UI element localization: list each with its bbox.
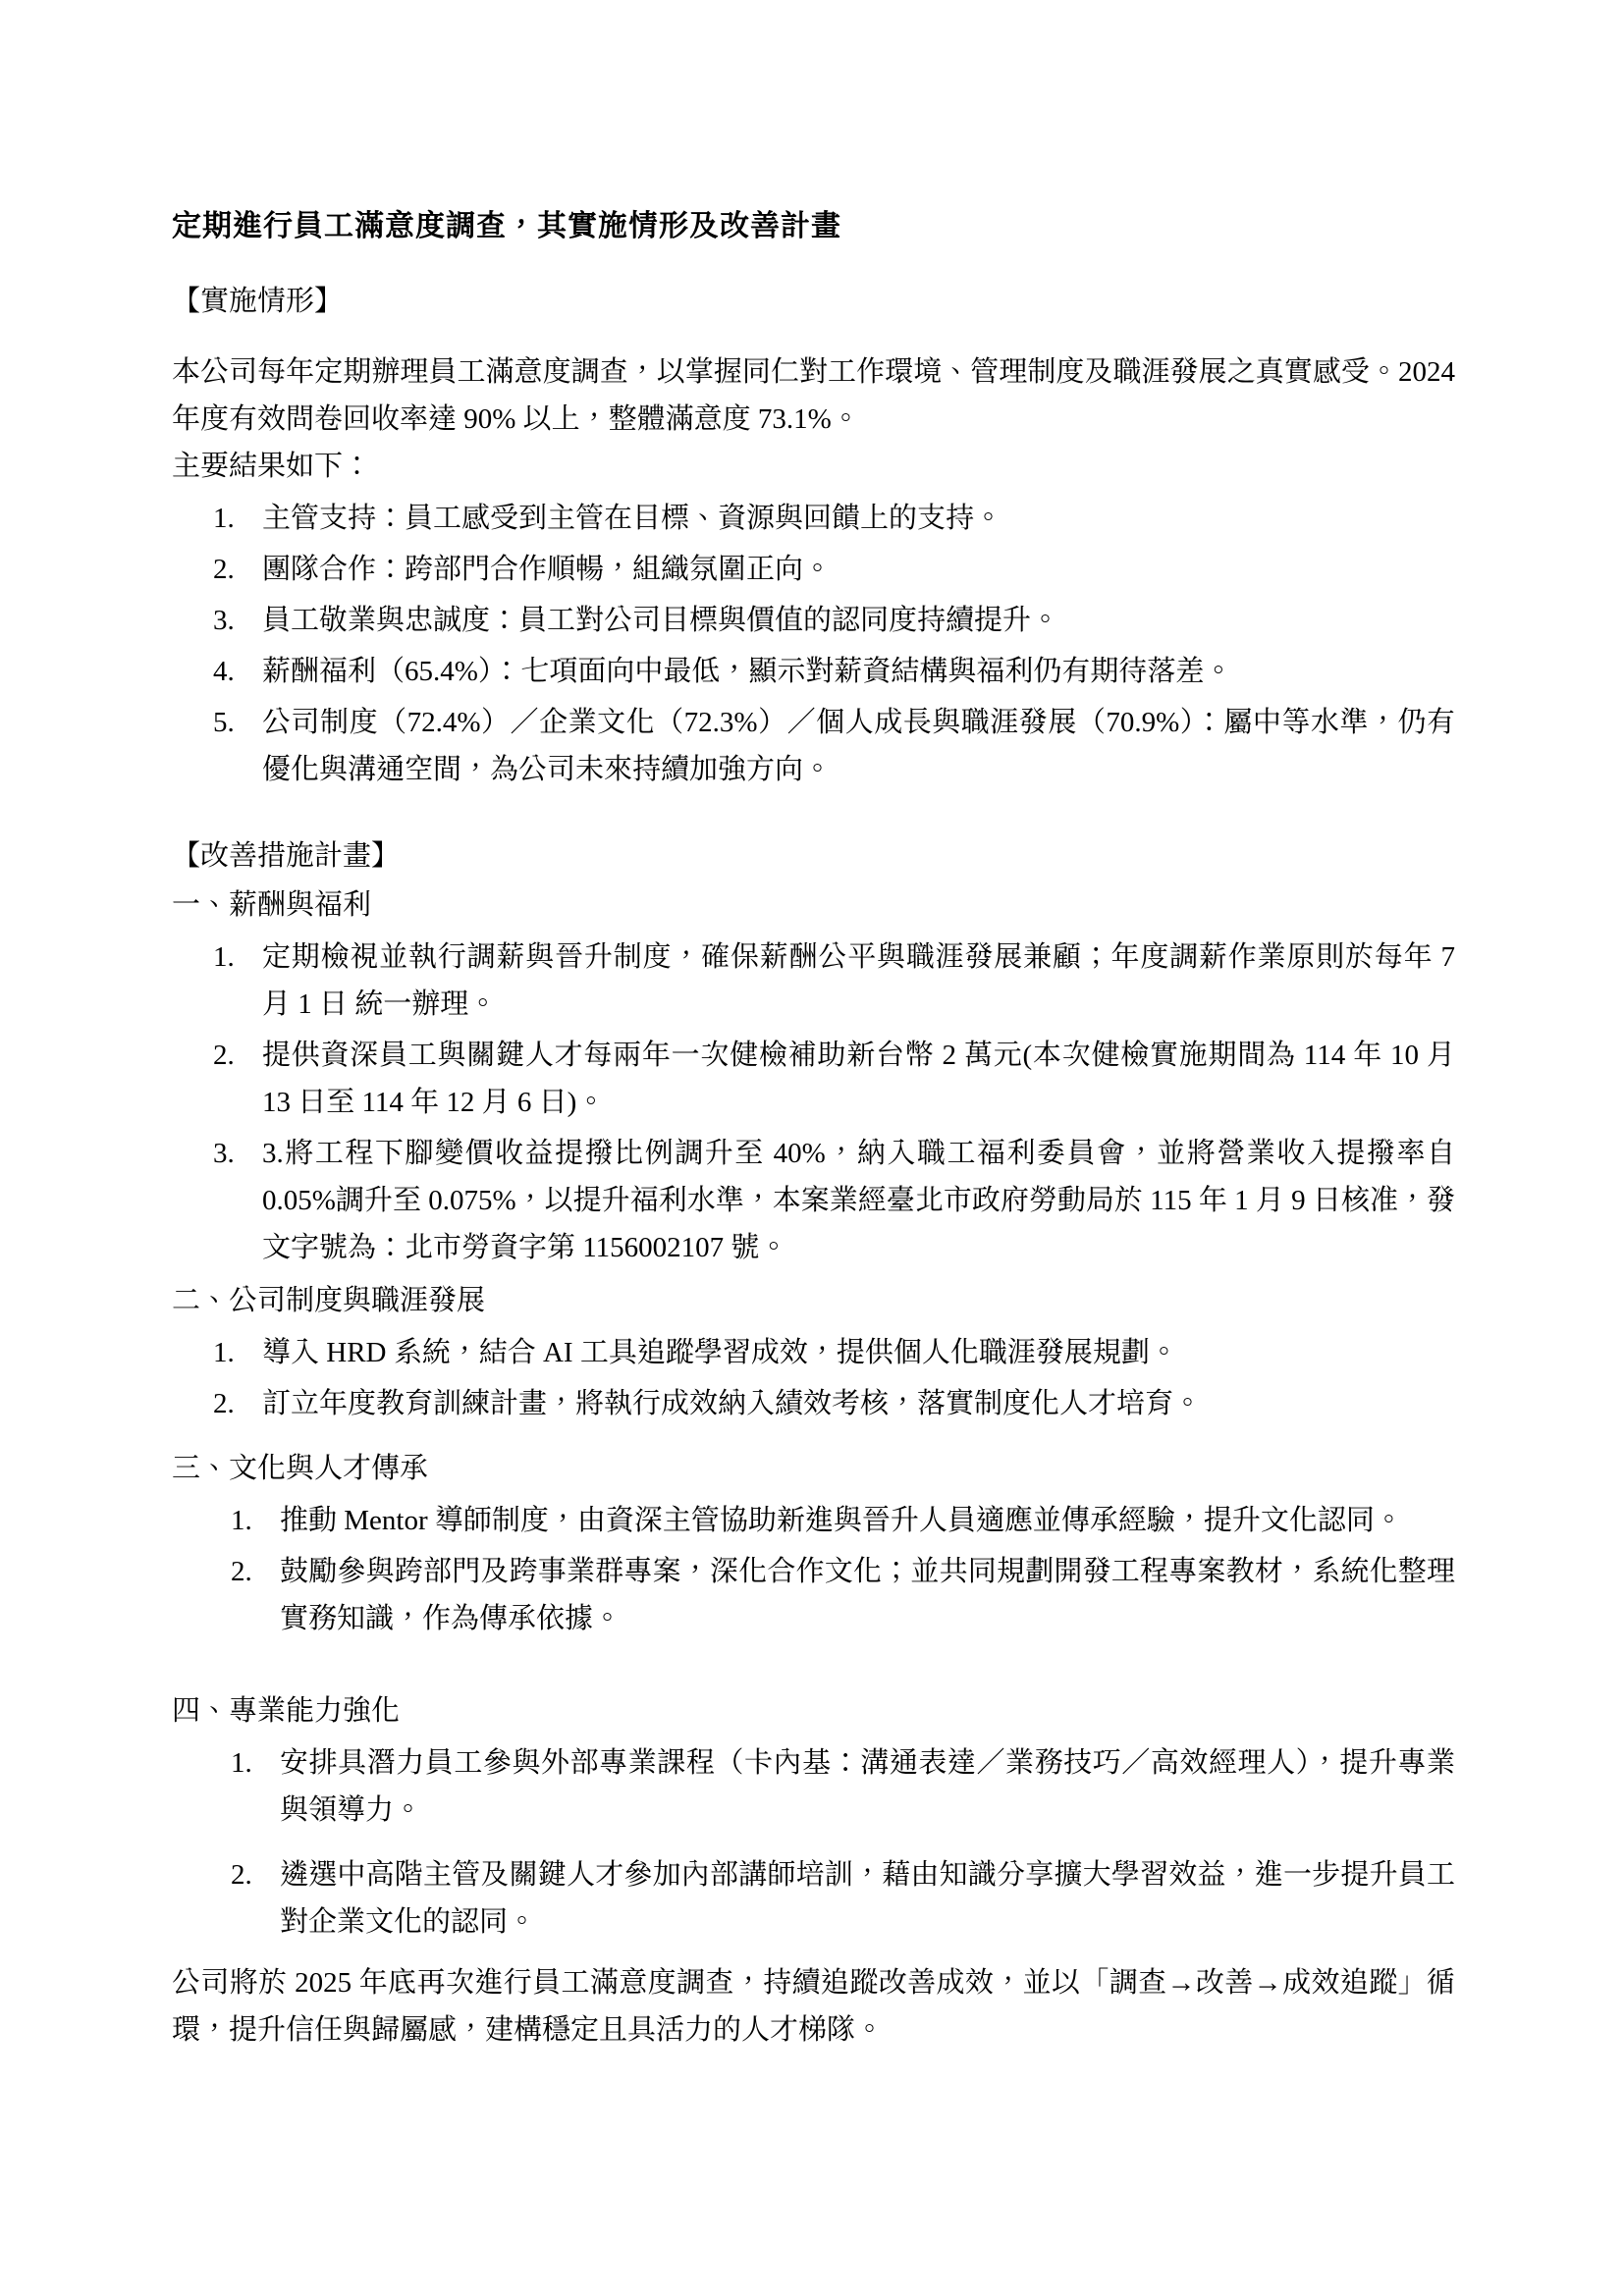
list-item: 1. 導入 HRD 系統，結合 AI 工具追蹤學習成效，提供個人化職涯發展規劃。 bbox=[213, 1329, 1455, 1376]
item-number: 3. bbox=[213, 597, 262, 644]
implementation-intro: 本公司每年定期辦理員工滿意度調查，以掌握同仁對工作環境、管理制度及職涯發展之真實… bbox=[172, 348, 1455, 443]
list-item: 3. 3.將工程下腳變價收益提撥比例調升至 40%，納入職工福利委員會，並將營業… bbox=[213, 1130, 1455, 1271]
item-text: 3.將工程下腳變價收益提撥比例調升至 40%，納入職工福利委員會，並將營業收入提… bbox=[262, 1130, 1455, 1271]
subsection-title: 四、專業能力強化 bbox=[172, 1687, 1455, 1735]
implementation-header: 【實施情形】 bbox=[172, 284, 1455, 319]
item-text: 訂立年度教育訓練計畫，將執行成效納入績效考核，落實制度化人才培育。 bbox=[262, 1380, 1455, 1427]
item-text: 公司制度（72.4%）／企業文化（72.3%）／個人成長與職涯發展（70.9%）… bbox=[262, 699, 1455, 793]
list-item: 2. 提供資深員工與關鍵人才每兩年一次健檢補助新台幣 2 萬元(本次健檢實施期間… bbox=[213, 1032, 1455, 1126]
list-item: 1. 定期檢視並執行調薪與晉升制度，確保薪酬公平與職涯發展兼顧；年度調薪作業原則… bbox=[213, 934, 1455, 1028]
item-text: 定期檢視並執行調薪與晉升制度，確保薪酬公平與職涯發展兼顧；年度調薪作業原則於每年… bbox=[262, 934, 1455, 1028]
item-text: 提供資深員工與關鍵人才每兩年一次健檢補助新台幣 2 萬元(本次健檢實施期間為 1… bbox=[262, 1032, 1455, 1126]
subsection-compensation: 一、薪酬與福利 1. 定期檢視並執行調薪與晉升制度，確保薪酬公平與職涯發展兼顧；… bbox=[172, 881, 1455, 1271]
list-item: 3. 員工敬業與忠誠度：員工對公司目標與價值的認同度持續提升。 bbox=[213, 597, 1455, 644]
list-item: 1. 推動 Mentor 導師制度，由資深主管協助新進與晉升人員適應並傳承經驗，… bbox=[231, 1497, 1455, 1544]
list-item: 2. 訂立年度教育訓練計畫，將執行成效納入績效考核，落實制度化人才培育。 bbox=[213, 1380, 1455, 1427]
subsection-list: 1. 推動 Mentor 導師制度，由資深主管協助新進與晉升人員適應並傳承經驗，… bbox=[172, 1497, 1455, 1642]
item-number: 1. bbox=[231, 1497, 280, 1544]
item-number: 1. bbox=[213, 1329, 262, 1376]
list-item: 2. 鼓勵參與跨部門及跨事業群專案，深化合作文化；並共同規劃開發工程專案教材，系… bbox=[231, 1548, 1455, 1642]
list-item: 1. 主管支持：員工感受到主管在目標、資源與回饋上的支持。 bbox=[213, 495, 1455, 542]
item-number: 2. bbox=[213, 1380, 262, 1427]
item-number: 4. bbox=[213, 648, 262, 695]
item-number: 2. bbox=[231, 1548, 280, 1642]
item-number: 1. bbox=[213, 934, 262, 1028]
subsection-list: 1. 安排具潛力員工參與外部專業課程（卡內基：溝通表達／業務技巧／高效經理人），… bbox=[172, 1739, 1455, 1946]
item-number: 2. bbox=[213, 546, 262, 593]
list-item: 4. 薪酬福利（65.4%）：七項面向中最低，顯示對薪資結構與福利仍有期待落差。 bbox=[213, 648, 1455, 695]
subsection-culture: 三、文化與人才傳承 1. 推動 Mentor 導師制度，由資深主管協助新進與晉升… bbox=[172, 1445, 1455, 1642]
closing-paragraph: 公司將於 2025 年底再次進行員工滿意度調查，持續追蹤改善成效，並以「調查→改… bbox=[172, 1959, 1455, 2054]
improvement-section: 【改善措施計畫】 一、薪酬與福利 1. 定期檢視並執行調薪與晉升制度，確保薪酬公… bbox=[172, 838, 1455, 1946]
item-text: 安排具潛力員工參與外部專業課程（卡內基：溝通表達／業務技巧／高效經理人），提升專… bbox=[280, 1739, 1455, 1834]
item-text: 遴選中高階主管及關鍵人才參加內部講師培訓，藉由知識分享擴大學習效益，進一步提升員… bbox=[280, 1851, 1455, 1946]
item-number: 5. bbox=[213, 699, 262, 793]
results-lead: 主要結果如下： bbox=[172, 443, 1455, 490]
item-number: 2. bbox=[231, 1851, 280, 1946]
item-number: 1. bbox=[213, 495, 262, 542]
list-item: 5. 公司制度（72.4%）／企業文化（72.3%）／個人成長與職涯發展（70.… bbox=[213, 699, 1455, 793]
subsection-title: 一、薪酬與福利 bbox=[172, 881, 1455, 929]
item-text: 團隊合作：跨部門合作順暢，組織氛圍正向。 bbox=[262, 546, 1455, 593]
subsection-title: 二、公司制度與職涯發展 bbox=[172, 1277, 1455, 1324]
item-number: 3. bbox=[213, 1130, 262, 1271]
item-text: 導入 HRD 系統，結合 AI 工具追蹤學習成效，提供個人化職涯發展規劃。 bbox=[262, 1329, 1455, 1376]
subsection-title: 三、文化與人才傳承 bbox=[172, 1445, 1455, 1492]
improvement-header: 【改善措施計畫】 bbox=[172, 838, 1455, 874]
item-number: 2. bbox=[213, 1032, 262, 1126]
subsection-system-career: 二、公司制度與職涯發展 1. 導入 HRD 系統，結合 AI 工具追蹤學習成效，… bbox=[172, 1277, 1455, 1427]
document-title: 定期進行員工滿意度調查，其實施情形及改善計畫 bbox=[172, 209, 1455, 244]
subsection-list: 1. 定期檢視並執行調薪與晉升制度，確保薪酬公平與職涯發展兼顧；年度調薪作業原則… bbox=[172, 934, 1455, 1271]
item-text: 主管支持：員工感受到主管在目標、資源與回饋上的支持。 bbox=[262, 495, 1455, 542]
implementation-section: 【實施情形】 本公司每年定期辦理員工滿意度調查，以掌握同仁對工作環境、管理制度及… bbox=[172, 284, 1455, 793]
subsection-list: 1. 導入 HRD 系統，結合 AI 工具追蹤學習成效，提供個人化職涯發展規劃。… bbox=[172, 1329, 1455, 1427]
subsection-professional: 四、專業能力強化 1. 安排具潛力員工參與外部專業課程（卡內基：溝通表達／業務技… bbox=[172, 1687, 1455, 1946]
item-text: 鼓勵參與跨部門及跨事業群專案，深化合作文化；並共同規劃開發工程專案教材，系統化整… bbox=[280, 1548, 1455, 1642]
item-text: 推動 Mentor 導師制度，由資深主管協助新進與晉升人員適應並傳承經驗，提升文… bbox=[280, 1497, 1455, 1544]
item-number: 1. bbox=[231, 1739, 280, 1834]
list-item: 2. 團隊合作：跨部門合作順暢，組織氛圍正向。 bbox=[213, 546, 1455, 593]
item-text: 員工敬業與忠誠度：員工對公司目標與價值的認同度持續提升。 bbox=[262, 597, 1455, 644]
document-page: 定期進行員工滿意度調查，其實施情形及改善計畫 【實施情形】 本公司每年定期辦理員… bbox=[0, 0, 1624, 2296]
findings-list: 1. 主管支持：員工感受到主管在目標、資源與回饋上的支持。 2. 團隊合作：跨部… bbox=[172, 495, 1455, 793]
list-item: 2. 遴選中高階主管及關鍵人才參加內部講師培訓，藉由知識分享擴大學習效益，進一步… bbox=[231, 1851, 1455, 1946]
item-text: 薪酬福利（65.4%）：七項面向中最低，顯示對薪資結構與福利仍有期待落差。 bbox=[262, 648, 1455, 695]
list-item: 1. 安排具潛力員工參與外部專業課程（卡內基：溝通表達／業務技巧／高效經理人），… bbox=[231, 1739, 1455, 1834]
